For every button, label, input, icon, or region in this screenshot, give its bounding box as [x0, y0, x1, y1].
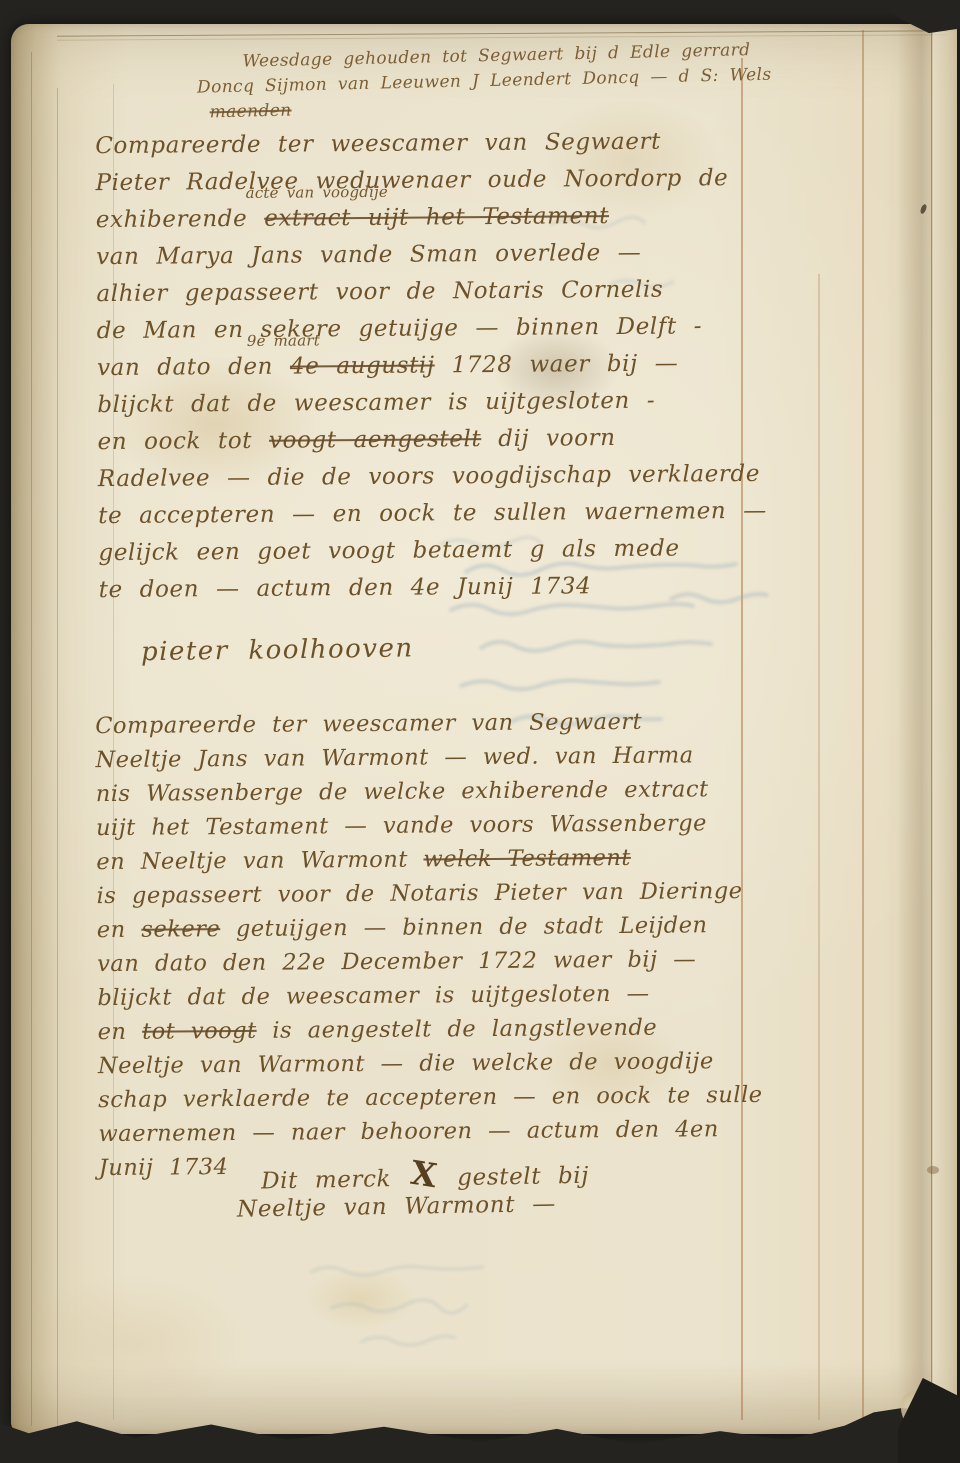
manuscript-line: blijckt dat de weescamer is uijtgesloten… [97, 381, 885, 424]
page-right-edge [933, 24, 957, 1434]
manuscript-line: Pieter Radelvee weduwenaer oude Noordorp… [95, 159, 883, 202]
signature-pieter-koolhooven: pieter koolhooven [141, 627, 885, 667]
page-edge-line [31, 52, 32, 1426]
manuscript-line: 9e maartvan dato den 4e augustij 1728 wa… [97, 344, 885, 387]
paper-nick [927, 1166, 939, 1174]
binding-page-edges [11, 24, 63, 1434]
mark-statement-prefix: Dit merck [261, 1166, 391, 1194]
session-header: Weesdage gehouden tot Segwaert bij d Edl… [96, 35, 885, 128]
page-content: Weesdage gehouden tot Segwaert bij d Edl… [97, 44, 885, 1217]
manuscript-line: Radelvee — die de voors voogdijschap ver… [98, 455, 886, 498]
interlinear-insertion: 9e maart [247, 333, 320, 349]
cross-mark: X [408, 1153, 440, 1196]
manuscript-line: de Man en sekere getuijge — binnen Delft… [97, 307, 885, 350]
manuscript-line: acte van voogdijeexhiberende extract uij… [96, 196, 884, 239]
manuscript-line: te doen — actum den 4e Junij 1734 [99, 566, 887, 609]
manuscript-line: Compareerde ter weescamer van Segwaert [95, 122, 883, 165]
manuscript-line: van Marya Jans vande Sman overlede — [96, 233, 884, 276]
manuscript-line: alhier gepasseert voor de Notaris Cornel… [96, 270, 884, 313]
header-line-struck: maenden [209, 99, 292, 126]
manuscript-line: gelijck een goet voogt betaemt g als med… [98, 529, 886, 572]
interlinear-insertion: acte van voogdije [246, 185, 388, 201]
entry-2-text: Compareerde ter weescamer van SegwaertNe… [95, 703, 887, 1185]
manuscript-line: te accepteren — en oock te sullen waerne… [98, 492, 886, 535]
page-edge-line [57, 88, 58, 1430]
manuscript-line: en oock tot voogt aengestelt dij voorn [97, 418, 885, 461]
mark-statement-suffix: gestelt bij [457, 1163, 589, 1191]
right-fold-crease [931, 24, 932, 1434]
manuscript-page: Weesdage gehouden tot Segwaert bij d Edl… [11, 24, 957, 1434]
entry-1-text: Compareerde ter weescamer van SegwaertPi… [95, 122, 887, 609]
